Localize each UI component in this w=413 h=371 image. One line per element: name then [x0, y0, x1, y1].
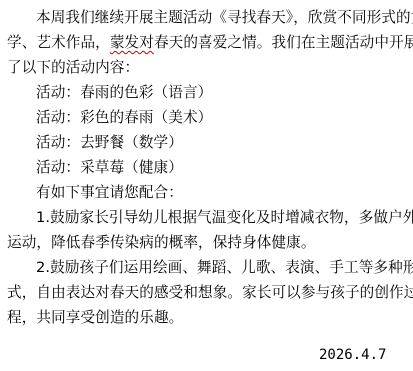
- item-1-line-2: 运动，降低春季传染病的概率，保持身体健康。: [7, 230, 413, 255]
- item-2-line-3: 程，共同享受创造的乐趣。: [7, 305, 413, 330]
- document-date: 2026.4.7: [319, 343, 386, 368]
- activity-item: 活动：采草莓（健康）: [7, 155, 413, 180]
- intro-text: 学、艺术作品，: [7, 34, 110, 51]
- item-2-line-1: 2.鼓励孩子们运用绘画、舞蹈、儿歌、表演、手工等多种形: [7, 255, 413, 280]
- intro-line-2: 学、艺术作品，蒙发对春天的喜爱之情。我们在主题活动中开展: [7, 30, 413, 55]
- activity-item: 活动：去野餐（数学）: [7, 130, 413, 155]
- spellcheck-flagged-word[interactable]: 蒙发对: [110, 34, 154, 51]
- activity-item: 活动：彩色的春雨（美术）: [7, 105, 413, 130]
- intro-line-3: 了以下的活动内容：: [7, 55, 413, 80]
- document-body: 本周我们继续开展主题活动《寻找春天》，欣赏不同形式的文 学、艺术作品，蒙发对春天…: [7, 5, 413, 330]
- activity-item: 活动：春雨的色彩（语言）: [7, 80, 413, 105]
- intro-line-1: 本周我们继续开展主题活动《寻找春天》，欣赏不同形式的文: [7, 5, 413, 30]
- item-2-line-2: 式，自由表达对春天的感受和想象。家长可以参与孩子的创作过: [7, 280, 413, 305]
- cooperation-heading: 有如下事宜请您配合：: [7, 180, 413, 205]
- item-1-line-1: 1.鼓励家长引导幼儿根据气温变化及时增减衣物，多做户外: [7, 205, 413, 230]
- intro-text: 春天的喜爱之情。我们在主题活动中开展: [154, 34, 413, 51]
